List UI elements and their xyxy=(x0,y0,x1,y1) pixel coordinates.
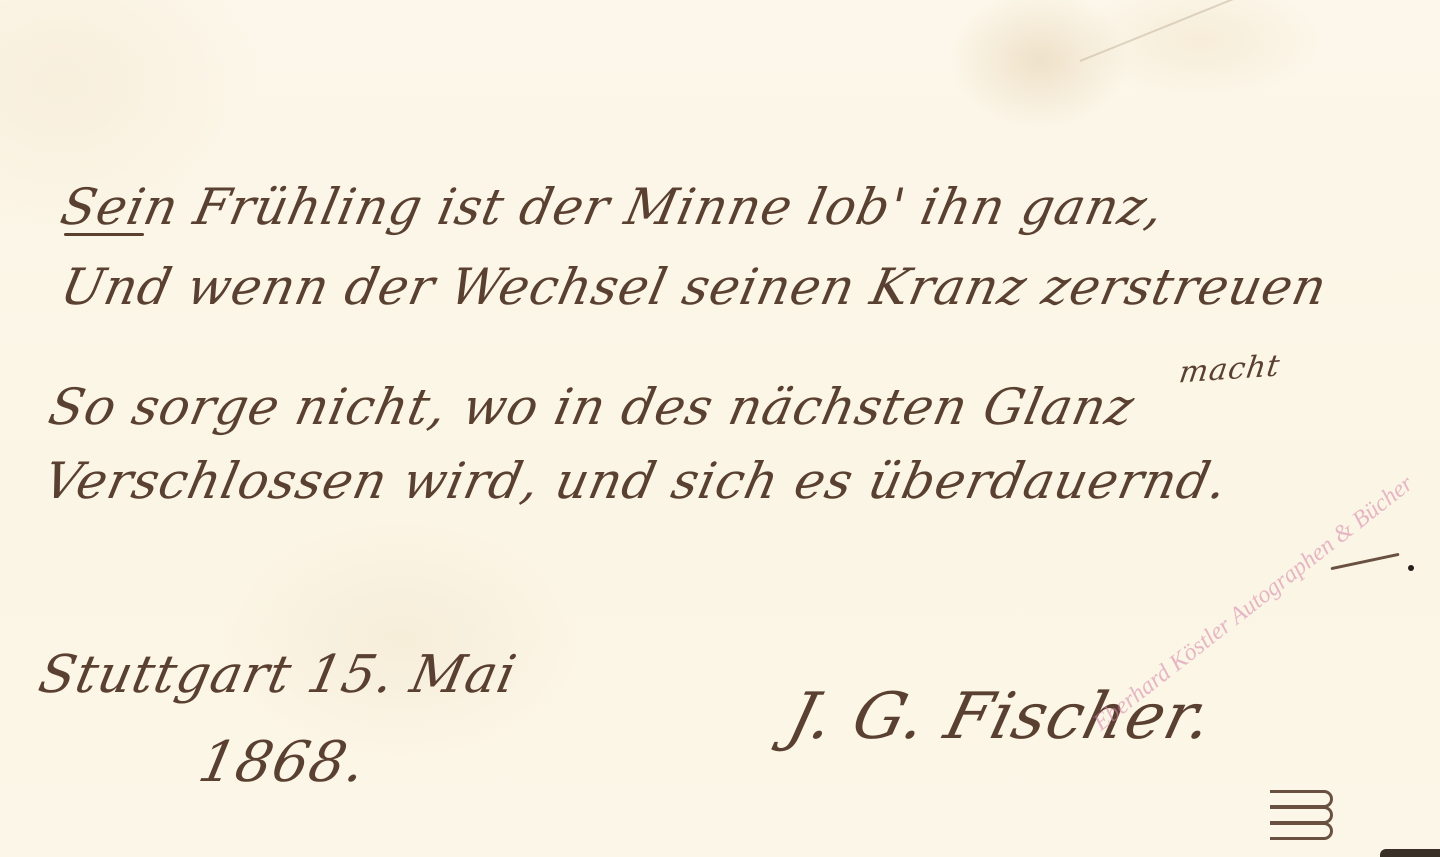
poem-line-4: Verschlossen wird, und sich es überdauer… xyxy=(39,452,1233,510)
signature-flourish-icon xyxy=(1270,790,1340,845)
poem-line-3: So sorge nicht, wo in des nächsten Glanz xyxy=(44,378,1140,436)
place-date: Stuttgart 15. Mai xyxy=(34,645,522,705)
year: 1868. xyxy=(193,730,372,795)
poem-line-2: Und wenn der Wechsel seinen Kranz zerstr… xyxy=(56,258,1333,316)
closing-period xyxy=(1408,565,1414,571)
first-word-underline xyxy=(64,233,144,236)
poem-line-1: Sein Frühling ist der Minne lob' ihn gan… xyxy=(56,178,1170,236)
poem-insertion: macht xyxy=(1177,349,1283,391)
corner-shadow xyxy=(1380,849,1440,857)
